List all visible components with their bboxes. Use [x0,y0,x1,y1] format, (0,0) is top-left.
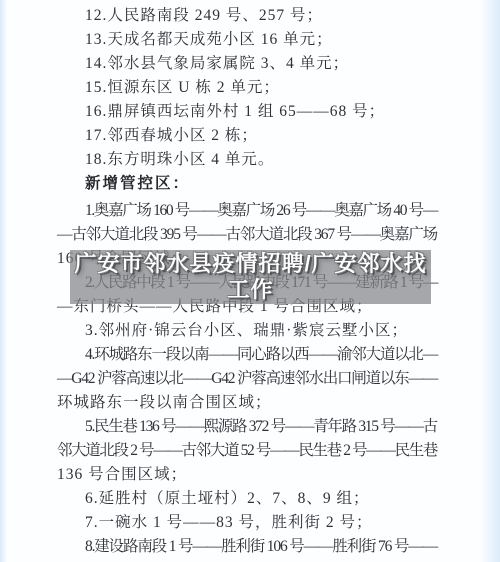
page-left-edge-strip [0,0,6,562]
watermark-banner: 广安市邻水县疫情招聘/广安邻水找 工作 [70,250,431,304]
watermark-banner-line1: 广安市邻水县疫情招聘/广安邻水找 [74,251,426,277]
page-right-edge-strip [480,0,500,562]
document-line: 18.东方明珠小区 4 单元。 [57,148,437,172]
scanned-notice-page: { "page": { "background": "#fdfeff", "ed… [0,0,500,562]
document-line: 17.邻西春城小区 2 栋； [57,124,437,148]
document-line: 邻大道北段 2 号——古邻大道 52 号——民生巷 2 号——民生巷 [57,439,437,463]
document-line: 1.奥嘉广场 160 号——奥嘉广场 26 号——奥嘉广场 40 号— [57,199,437,223]
document-line: 14.邻水县气象局家属院 3、4 单元； [57,52,437,76]
document-line: 13.天成名都天成苑小区 16 单元； [57,28,437,52]
document-line: —古邻大道北段 395 号——古邻大道北段 367 号——奥嘉广场 [57,223,437,247]
document-line: 12.人民路南段 249 号、257 号； [57,4,437,28]
section-heading: 新增管控区： [57,172,437,196]
document-line: 6.延胜村（原土垭村）2、7、8、9 组； [57,487,437,511]
document-line: 5.民生巷 136 号——熙源路 372 号——青年路 315 号——古 [57,415,437,439]
watermark-banner-line2: 工作 [227,277,273,303]
document-line: 7.一碗水 1 号——83 号，胜利街 2 号； [57,511,437,535]
document-line: 136 号合围区域； [57,463,437,487]
document-line: 16.鼎屏镇西坛南外村 1 组 65——68 号； [57,100,437,124]
document-line: 3.邻州府·锦云台小区、瑞鼎·紫宸云墅小区； [57,319,437,343]
document-line: 4.环城路东一段以南——同心路以西——渝邻大道以北— [57,343,437,367]
document-line: 15.恒源东区 U 栋 2 单元； [57,76,437,100]
document-line: 8.建设路南段 1 号——胜利街 106 号——胜利街 76 号—— [57,535,437,559]
document-line: —G42 沪蓉高速以北——G42 沪蓉高速邻水出口闸道以东—— [57,367,437,391]
document-line: 环城路东一段以南合围区域； [57,391,437,415]
